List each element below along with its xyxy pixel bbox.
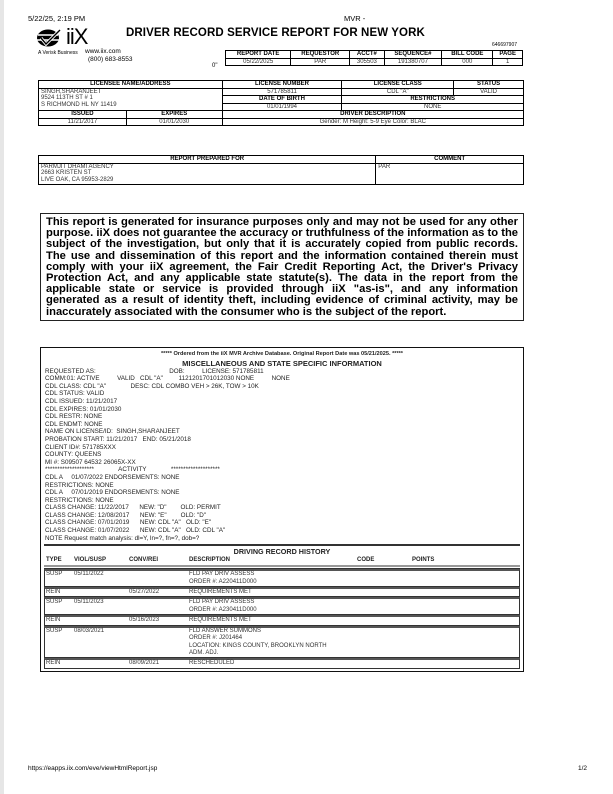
history-viol-date <box>74 660 129 667</box>
misc-info-line: CLIENT ID#: 571785XXX <box>45 444 523 452</box>
driving-history-header-row: TYPE VIOL/SUSP CONV/REI DESCRIPTION CODE… <box>45 556 523 564</box>
history-points <box>412 617 452 624</box>
history-conv-date: 05/16/2023 <box>129 617 189 624</box>
history-viol-date <box>74 589 129 596</box>
history-row: SUSP08/03/2021FLD ANSWER SUMMONSORDER #:… <box>44 626 520 659</box>
history-viol-date: 05/11/2022 <box>74 571 129 586</box>
description-line: REQUIREMENTS MET <box>189 617 357 624</box>
issued-value: 11/21/2017 <box>39 118 127 126</box>
history-type: SUSP <box>45 599 74 614</box>
status-header: STATUS <box>454 81 524 89</box>
sequence-header: SEQUENCE# <box>384 51 442 59</box>
requestor-header: REQUESTOR <box>291 51 350 59</box>
description-line: ORDER #: A220411D000 <box>189 579 357 586</box>
sequence-value: 191380707 <box>384 58 442 66</box>
report-date-value: 05/22/2025 <box>226 58 291 66</box>
misc-info-line: CDL RESTR: NONE <box>45 413 523 421</box>
description-line: ADM. ADJ. <box>189 650 357 657</box>
company-contact: www.iix.com (800) 683-8553 <box>85 48 132 63</box>
misc-info-line: RESTRICTIONS: NONE <box>45 482 523 490</box>
history-code <box>357 617 412 624</box>
page-header: PAGE <box>493 51 523 59</box>
misc-section-title: MISCELLANEOUS AND STATE SPECIFIC INFORMA… <box>41 359 523 368</box>
misc-info-line: MI #: S09507 64532 26065X-XX <box>45 459 523 467</box>
bill-code-header: BILL CODE <box>442 51 493 59</box>
report-page: 5/22/25, 2:19 PM MVR - iiX A Verisk Busi… <box>4 0 613 794</box>
dob-value: 01/01/1994 <box>222 103 342 111</box>
misc-info-line: NOTE Request match analysis: dl=Y, ln=?,… <box>45 535 523 543</box>
history-points <box>412 571 452 586</box>
driver-description-value: Gender: M Height: 5-9 Eye Color: BLAC <box>222 118 523 126</box>
misc-info-line: CDL CLASS: CDL "A" DESC: CDL COMBO VEH >… <box>45 383 523 391</box>
report-date-header: REPORT DATE <box>226 51 291 59</box>
history-row: REIN08/09/2021RESCHEDULED <box>44 658 520 668</box>
print-datetime: 5/22/25, 2:19 PM <box>28 14 85 23</box>
history-points <box>412 628 452 658</box>
col-code-header: CODE <box>357 556 412 564</box>
company-website: www.iix.com <box>85 48 132 56</box>
logo-brand-text: iiX <box>66 24 87 50</box>
bill-code-value: 000 <box>442 58 493 66</box>
description-line: FLD ANSWER SUMMONS <box>189 628 357 635</box>
description-line: FLD PAY DRIV ASSESS <box>189 571 357 578</box>
license-number-value: 571785811 <box>222 88 342 96</box>
misc-info-line: CLASS CHANGE: 12/08/2017 NEW: "E" OLD: "… <box>45 512 523 520</box>
misc-info-line: PROBATION START: 11/21/2017 END: 05/21/2… <box>45 436 523 444</box>
print-page-number: 1/2 <box>578 765 587 772</box>
expires-value: 01/01/2030 <box>126 118 222 126</box>
misc-info-line: CDL ISSUED: 11/21/2017 <box>45 398 523 406</box>
description-line: FLD PAY DRIV ASSESS <box>189 599 357 606</box>
archive-banner: ***** Ordered from the iiX MVR Archive D… <box>41 351 523 359</box>
history-type: REIN <box>45 660 74 667</box>
issued-header: ISSUED <box>39 111 127 119</box>
misc-info-line: CDL STATUS: VALID <box>45 390 523 398</box>
license-class-header: LICENSE CLASS <box>342 81 454 89</box>
history-conv-date <box>129 571 189 586</box>
misc-info-line: CDL A 07/01/2019 ENDORSEMENTS: NONE <box>45 489 523 497</box>
history-type: SUSP <box>45 628 74 658</box>
history-description: FLD ANSWER SUMMONSORDER #: J201464LOCATI… <box>189 628 357 658</box>
requestor-value: PAR <box>291 58 350 66</box>
dob-header: DATE OF BIRTH <box>222 96 342 104</box>
report-info-table: REPORT DATE REQUESTOR ACCT# SEQUENCE# BI… <box>225 50 523 66</box>
history-description: REQUIREMENTS MET <box>189 589 357 596</box>
restrictions-value: NONE <box>342 103 524 111</box>
misc-info-line: CLASS CHANGE: 11/22/2017 NEW: "D" OLD: P… <box>45 504 523 512</box>
misc-info-lines: REQUESTED AS: DOB: LICENSE: 571785811COM… <box>45 368 523 543</box>
driving-history-rows: SUSP05/11/2022FLD PAY DRIV ASSESSORDER #… <box>41 569 523 668</box>
license-number-header: LICENSE NUMBER <box>222 81 342 89</box>
page-value: 1 <box>493 58 523 66</box>
history-row: SUSP05/11/2023FLD PAY DRIV ASSESSORDER #… <box>44 597 520 615</box>
status-value: VALID <box>454 88 524 96</box>
history-points <box>412 660 452 667</box>
misc-info-line: ******************** ACTIVITY **********… <box>45 466 523 474</box>
history-conv-date <box>129 599 189 614</box>
description-line: RESCHEDULED <box>189 660 357 667</box>
history-conv-date: 08/09/2021 <box>129 660 189 667</box>
license-class-value: CDL "A" <box>342 88 454 96</box>
reference-number: 646697907 <box>492 42 517 48</box>
acct-header: ACCT# <box>350 51 384 59</box>
history-viol-date: 08/03/2021 <box>74 628 129 658</box>
checkmark-globe-icon <box>36 29 62 47</box>
prepared-for-header: REPORT PREPARED FOR <box>39 156 376 164</box>
misc-info-line: CDL ENDMT: NONE <box>45 421 523 429</box>
history-points <box>412 589 452 596</box>
description-line: ORDER #: J201464 <box>189 635 357 642</box>
history-description: FLD PAY DRIV ASSESSORDER #: A220411D000 <box>189 571 357 586</box>
history-viol-date: 05/11/2023 <box>74 599 129 614</box>
print-url: https://eapps.iix.com/eve/viewHtmlReport… <box>28 765 157 772</box>
history-conv-date: 05/27/2022 <box>129 589 189 596</box>
stray-mark: 0" <box>212 63 217 69</box>
history-code <box>357 599 412 614</box>
description-line: ORDER #: A230411D000 <box>189 607 357 614</box>
agency-name: PARMJIT DHAMI AGENCY <box>41 164 373 171</box>
company-phone: (800) 683-8553 <box>88 56 132 64</box>
licensee-street: 9524 113TH ST # 1 <box>41 95 220 102</box>
history-code <box>357 628 412 658</box>
print-doc-title: MVR - <box>344 14 365 23</box>
agency-city: LIVE OAK, CA 95953-2829 <box>41 177 373 184</box>
licensee-table: LICENSEE NAME/ADDRESS LICENSE NUMBER LIC… <box>38 80 524 126</box>
col-points-header: POINTS <box>412 556 452 564</box>
misc-info-line: CLASS CHANGE: 01/07/2022 NEW: CDL "A" OL… <box>45 527 523 535</box>
misc-info-line: COMM:01: ACTIVE VALID CDL "A" 1121201701… <box>45 375 523 383</box>
misc-info-line: RESTRICTIONS: NONE <box>45 497 523 505</box>
misc-info-line: CDL EXPIRES: 01/01/2030 <box>45 406 523 414</box>
history-description: REQUIREMENTS MET <box>189 617 357 624</box>
misc-info-line: CDL A 01/07/2022 ENDORSEMENTS: NONE <box>45 474 523 482</box>
prepared-for-address: PARMJIT DHAMI AGENCY 2663 KRISTEN ST LIV… <box>39 163 376 184</box>
col-type-header: TYPE <box>45 556 74 564</box>
history-points <box>412 599 452 614</box>
agency-street: 2663 KRISTEN ST <box>41 170 373 177</box>
misc-info-line: NAME ON LICENSE/ID: SINGH,SHARANJEET <box>45 428 523 436</box>
history-type: REIN <box>45 589 74 596</box>
misc-info-line: REQUESTED AS: DOB: LICENSE: 571785811 <box>45 368 523 376</box>
history-row: REIN05/27/2022REQUIREMENTS MET <box>44 587 520 597</box>
history-description: FLD PAY DRIV ASSESSORDER #: A230411D000 <box>189 599 357 614</box>
col-desc-header: DESCRIPTION <box>189 556 357 564</box>
driving-history-title: DRIVING RECORD HISTORY <box>41 548 523 556</box>
section-divider <box>44 544 520 546</box>
licensee-name: SINGH,SHARANJEET <box>41 89 220 96</box>
comment-value: PAR <box>376 163 524 184</box>
restrictions-header: RESTRICTIONS <box>342 96 524 104</box>
history-conv-date <box>129 628 189 658</box>
disclaimer-box: This report is generated for insurance p… <box>40 213 524 321</box>
history-type: REIN <box>45 617 74 624</box>
history-viol-date <box>74 617 129 624</box>
comment-header: COMMENT <box>376 156 524 164</box>
licensee-name-address: SINGH,SHARANJEET 9524 113TH ST # 1 S RIC… <box>39 88 223 111</box>
acct-value: 305503 <box>350 58 384 66</box>
misc-info-line: COUNTY: QUEENS <box>45 451 523 459</box>
misc-info-section: ***** Ordered from the iiX MVR Archive D… <box>40 347 524 672</box>
description-line: REQUIREMENTS MET <box>189 589 357 596</box>
misc-info-line: CLASS CHANGE: 07/01/2019 NEW: CDL "A" OL… <box>45 519 523 527</box>
driver-description-header: DRIVER DESCRIPTION <box>222 111 523 119</box>
history-code <box>357 589 412 596</box>
history-code <box>357 660 412 667</box>
prepared-for-table: REPORT PREPARED FOR COMMENT PARMJIT DHAM… <box>38 155 524 185</box>
history-row: SUSP05/11/2022FLD PAY DRIV ASSESSORDER #… <box>44 569 520 587</box>
licensee-header: LICENSEE NAME/ADDRESS <box>39 81 223 89</box>
history-type: SUSP <box>45 571 74 586</box>
history-row: REIN05/16/2023REQUIREMENTS MET <box>44 615 520 625</box>
logo-tagline: A Verisk Business <box>38 50 78 56</box>
description-line: LOCATION: KINGS COUNTY, BROOKLYN NORTH <box>189 643 357 650</box>
expires-header: EXPIRES <box>126 111 222 119</box>
report-title: DRIVER RECORD SERVICE REPORT FOR NEW YOR… <box>126 27 425 39</box>
col-conv-header: CONV/REI <box>129 556 189 564</box>
history-code <box>357 571 412 586</box>
licensee-city: S RICHMOND HL NY 11419 <box>41 102 220 109</box>
history-description: RESCHEDULED <box>189 660 357 667</box>
col-viol-header: VIOL/SUSP <box>74 556 129 564</box>
